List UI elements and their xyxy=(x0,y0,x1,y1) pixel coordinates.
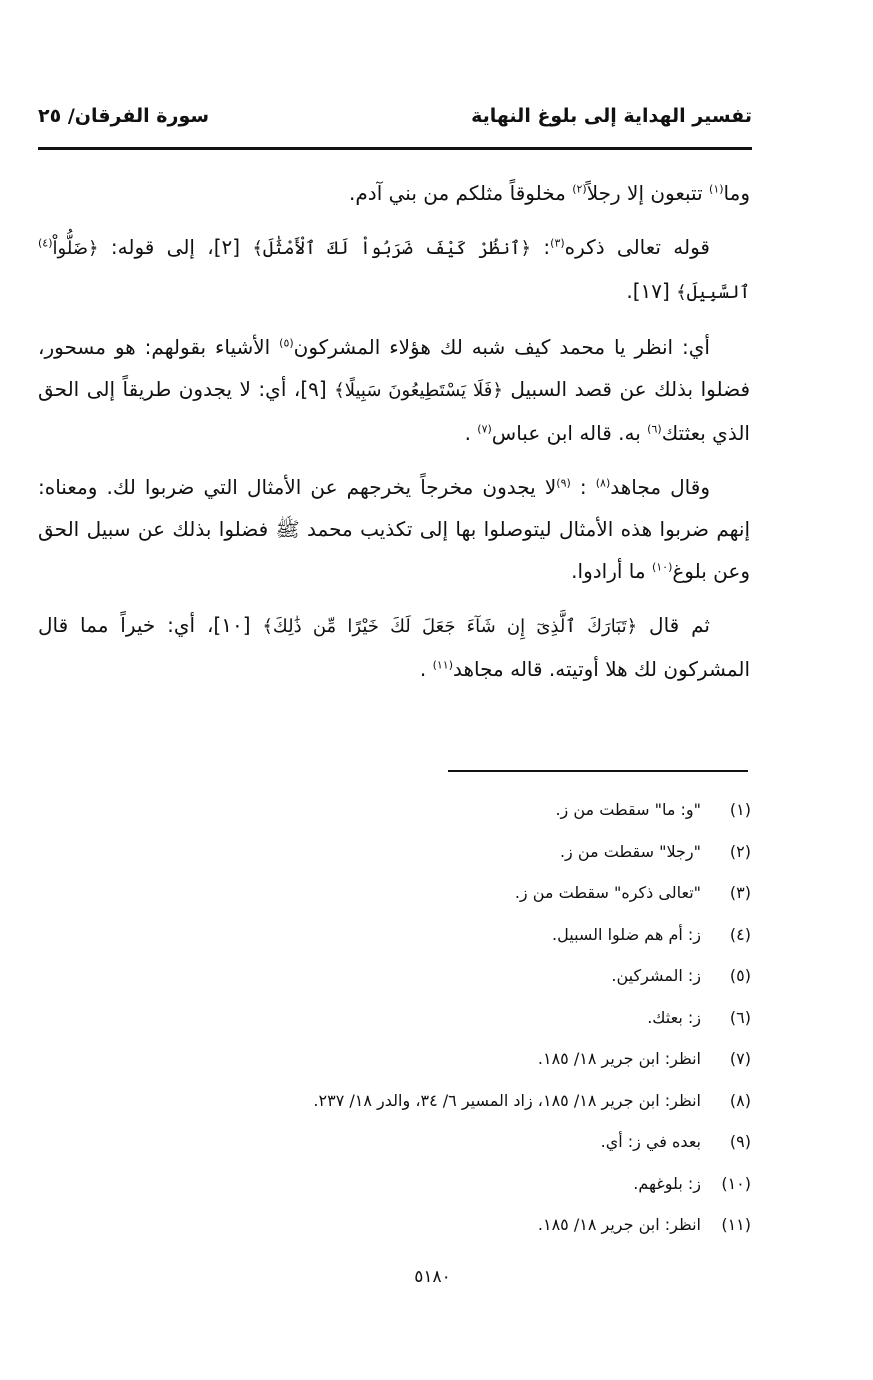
footnote-6: (٦) ز: بعثك. xyxy=(191,1003,751,1045)
main-text: وما(١) تتبعون إلا رجلاً(٢) مخلوقاً مثلكم… xyxy=(38,172,750,702)
footnote-ref-2[interactable]: (٢) xyxy=(572,182,587,195)
paragraph-3: أي: انظر يا محمد كيف شبه لك هؤلاء المشرك… xyxy=(38,326,750,454)
footnote-number: (٥) xyxy=(701,961,751,1003)
text: مخلوقاً مثلكم من بني آدم. xyxy=(349,181,572,205)
text: ثم قال xyxy=(637,613,710,637)
quran-verse: ﴿ضَلُّواْ xyxy=(53,238,99,259)
footnote-number: (٧) xyxy=(701,1044,751,1086)
footnote-text: بعده في ز: أي. xyxy=(191,1127,701,1169)
footnote-number: (١) xyxy=(701,795,751,837)
paragraph-2: قوله تعالى ذكره(٣): ﴿ٱنظُرْ كَيْفَ ضَرَب… xyxy=(38,226,750,314)
text: وقال مجاهد xyxy=(610,475,710,499)
text: أي: انظر يا محمد كيف شبه لك هؤلاء المشرك… xyxy=(294,335,710,359)
paragraph-1: وما(١) تتبعون إلا رجلاً(٢) مخلوقاً مثلكم… xyxy=(38,172,750,214)
footnote-number: (١٠) xyxy=(701,1169,751,1211)
footnote-text: ز: بلوغهم. xyxy=(191,1169,701,1211)
footnote-10: (١٠) ز: بلوغهم. xyxy=(191,1169,751,1211)
text: : xyxy=(531,235,550,259)
footnote-text: انظر: ابن جرير ١٨/ ١٨٥. xyxy=(191,1044,701,1086)
footnote-ref-8[interactable]: (٨) xyxy=(596,476,611,489)
footnote-text: "تعالى ذكره" سقطت من ز. xyxy=(191,878,701,920)
footnote-ref-11[interactable]: (١١) xyxy=(433,658,453,671)
footnote-ref-3[interactable]: (٣) xyxy=(550,236,565,249)
page-number-text: ٥١٨٠ xyxy=(414,1267,451,1287)
footnote-number: (٨) xyxy=(701,1086,751,1128)
quran-verse: ﴿ٱنظُرْ كَيْفَ ضَرَبُواْ لَكَ ٱلْأَمْثَٰ… xyxy=(252,238,531,259)
footnote-3: (٣) "تعالى ذكره" سقطت من ز. xyxy=(191,878,751,920)
footnote-ref-7[interactable]: (٧) xyxy=(477,422,492,435)
footnote-4: (٤) ز: أم هم ضلوا السبيل. xyxy=(191,920,751,962)
footnote-7: (٧) انظر: ابن جرير ١٨/ ١٨٥. xyxy=(191,1044,751,1086)
footnote-ref-6[interactable]: (٦) xyxy=(647,422,662,435)
paragraph-5: ثم قال ﴿تَبَارَكَ ٱلَّذِىٓ إِن شَآءَ جَع… xyxy=(38,604,750,690)
text: ما أرادوا. xyxy=(571,559,652,583)
footnote-11: (١١) انظر: ابن جرير ١٨/ ١٨٥. xyxy=(191,1210,751,1252)
footnote-text: انظر: ابن جرير ١٨/ ١٨٥، زاد المسير ٦/ ٣٤… xyxy=(191,1086,701,1128)
book-title: تفسير الهداية إلى بلوغ النهاية xyxy=(471,105,752,127)
paragraph-4: وقال مجاهد(٨) : (٩)لا يجدون مخرجاً يخرجه… xyxy=(38,466,750,592)
footnote-number: (٩) xyxy=(701,1127,751,1169)
quran-verse: ٱلسَّبِيلَ﴾ xyxy=(676,282,750,303)
footnote-8: (٨) انظر: ابن جرير ١٨/ ١٨٥، زاد المسير ٦… xyxy=(191,1086,751,1128)
footnote-text: "رجلا" سقطت من ز. xyxy=(191,837,701,879)
footnote-ref-4[interactable]: (٤) xyxy=(38,236,53,249)
footnote-number: (٣) xyxy=(701,878,751,920)
text: قوله تعالى ذكره xyxy=(565,235,710,259)
footnote-5: (٥) ز: المشركين. xyxy=(191,961,751,1003)
footnote-ref-5[interactable]: (٥) xyxy=(279,336,294,349)
text: . xyxy=(420,657,433,681)
footnotes: (١) "و: ما" سقطت من ز. (٢) "رجلا" سقطت م… xyxy=(191,795,751,1252)
quran-verse: ﴿تَبَارَكَ ٱلَّذِىٓ إِن شَآءَ جَعَلَ لَك… xyxy=(262,616,637,637)
footnote-text: ز: أم هم ضلوا السبيل. xyxy=(191,920,701,962)
footnote-number: (٢) xyxy=(701,837,751,879)
footnote-text: انظر: ابن جرير ١٨/ ١٨٥. xyxy=(191,1210,701,1252)
footnote-2: (٢) "رجلا" سقطت من ز. xyxy=(191,837,751,879)
text: . xyxy=(465,421,478,445)
footnote-number: (١١) xyxy=(701,1210,751,1252)
footnote-ref-1[interactable]: (١) xyxy=(709,182,724,195)
quran-verse: ﴿فَلَا يَسْتَطِيعُونَ سَبِيلًا﴾ xyxy=(334,380,503,401)
text: [١٧]. xyxy=(626,279,676,303)
surah-reference: سورة الفرقان/ ٢٥ xyxy=(38,105,209,127)
text: تتبعون إلا رجلاً xyxy=(587,181,709,205)
footnote-text: ز: بعثك. xyxy=(191,1003,701,1045)
running-header: تفسير الهداية إلى بلوغ النهاية سورة الفر… xyxy=(38,105,752,141)
text: به. قاله ابن عباس xyxy=(492,421,647,445)
footnote-ref-10[interactable]: (١٠) xyxy=(652,560,672,573)
footnote-divider xyxy=(448,770,748,772)
text: وما xyxy=(724,181,750,205)
footnote-text: ز: المشركين. xyxy=(191,961,701,1003)
footnote-9: (٩) بعده في ز: أي. xyxy=(191,1127,751,1169)
footnote-ref-9[interactable]: (٩) xyxy=(556,476,571,489)
footnote-text: "و: ما" سقطت من ز. xyxy=(191,795,701,837)
header-divider xyxy=(38,147,752,150)
text: [٢]، إلى قوله: xyxy=(99,235,253,259)
footnote-number: (٦) xyxy=(701,1003,751,1045)
text: : xyxy=(571,475,596,499)
footnote-number: (٤) xyxy=(701,920,751,962)
footnote-1: (١) "و: ما" سقطت من ز. xyxy=(191,795,751,837)
page-number: ٥١٨٠ xyxy=(0,1267,873,1287)
